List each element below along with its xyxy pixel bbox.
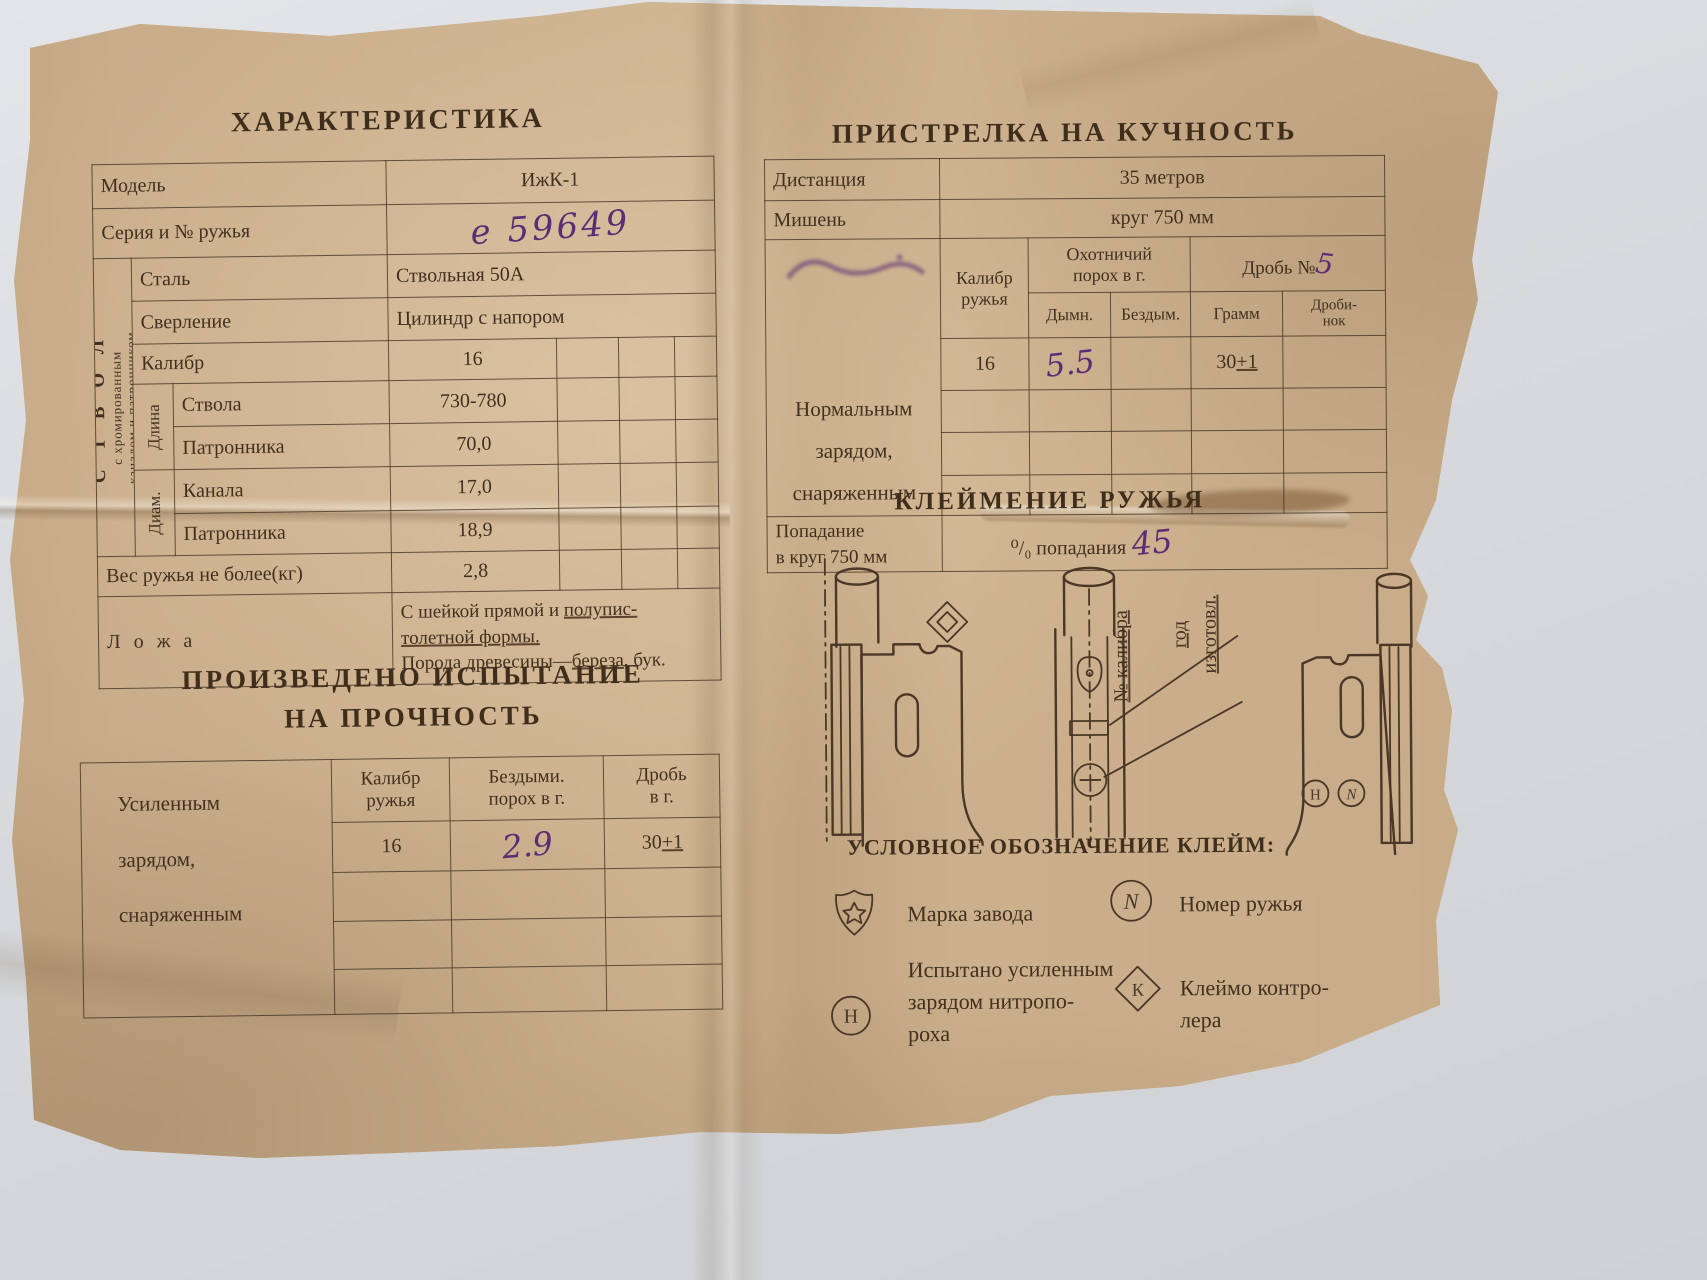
legend-title: УСЛОВНОЕ ОБОЗНАЧЕНИЕ КЛЕЙМ: [847, 832, 1276, 861]
empty-cell [1283, 336, 1386, 389]
acc-col-smoky: Дымн. [1028, 293, 1110, 338]
strength-test-title-line1: ПРОИЗВЕДЕНО ИСПЫТАНИЕ [181, 659, 644, 696]
gun-number-stamp-mark: N [1338, 780, 1364, 806]
left-column: ХАРАКТЕРИСТИКА Модель ИжК-1 Серия и № ру… [0, 0, 782, 1280]
acc-col-powder: Охотничий порох в г. [1028, 237, 1190, 294]
table-row [334, 965, 723, 1015]
empty-cell [941, 432, 1029, 475]
strength-row-label: Усиленным зарядом, снаряженным [80, 759, 335, 1018]
stock-text: С шейкой прямой и [401, 600, 564, 623]
shot-value-plus: +1 [662, 831, 684, 853]
empty-cell [674, 336, 717, 377]
empty-cell [620, 420, 677, 464]
empty-cell [559, 507, 622, 550]
empty-cell [1111, 431, 1191, 474]
steel-value: Ствольная 50А [387, 250, 716, 298]
diam-group-cell: Диам. [134, 470, 175, 557]
empty-cell [675, 376, 718, 420]
svg-text:N: N [1345, 787, 1357, 803]
caliber-note-text: № калибра [1110, 610, 1133, 702]
nitro-test-icon: Н [828, 993, 874, 1039]
empty-cell [1111, 337, 1191, 389]
diam-group-label: Диам. [145, 491, 165, 535]
shot-number-handwriting: 5 [1313, 246, 1335, 281]
receiver-left-view-diagram [779, 546, 996, 847]
factory-mark-icon [831, 886, 877, 938]
empty-cell [676, 462, 719, 507]
length-chamber-value: 70,0 [390, 421, 559, 466]
caliber-label: Калибр [132, 341, 389, 385]
right-column: ПРИСТРЕЛКА НА КУЧНОСТЬ Дистанция 35 метр… [753, 2, 1482, 1280]
empty-cell [606, 965, 723, 1011]
empty-cell [620, 463, 677, 508]
strength-test-title-line2: НА ПРОЧНОСТЬ [284, 700, 543, 735]
empty-cell [451, 869, 606, 920]
strength-grid: Калибр ружья Бездыми. порох в г. Дробь в… [331, 754, 724, 1015]
model-value: ИжК-1 [386, 156, 715, 205]
gun-number-icon: N [1107, 877, 1155, 925]
strength-val-powder: 2.9 [450, 818, 605, 871]
table-row: Калибр ружья Бездыми. порох в г. Дробь в… [331, 754, 720, 822]
legend-controller-label: Клеймо контро- лера [1180, 971, 1330, 1036]
model-label: Модель [92, 161, 387, 209]
empty-cell [556, 337, 619, 378]
acc-col-caliber: Калибр ружья [940, 238, 1029, 339]
empty-cell [605, 867, 722, 917]
length-barrel-label: Ствола [173, 381, 390, 427]
acc-col-shot: Дробь №5 [1190, 235, 1385, 292]
empty-cell [558, 420, 621, 464]
empty-cell [1111, 389, 1191, 432]
strength-test-table: Усиленным зарядом, снаряженным Калибр ру… [80, 754, 724, 1019]
diam-chamber-value: 18,9 [391, 508, 560, 552]
svg-text:Н: Н [844, 1006, 859, 1028]
legend-factory-label: Марка завода [907, 897, 1033, 930]
weight-value: 2,8 [391, 550, 560, 592]
accuracy-title: ПРИСТРЕЛКА НА КУЧНОСТЬ [832, 116, 1298, 150]
receiver-right-view-diagram: Н N [1262, 555, 1429, 856]
table-row: Серия и № ружья е 59649 [93, 200, 716, 259]
smudged-ink-stamp [780, 243, 930, 290]
boring-value: Цилиндр с напором [388, 293, 717, 341]
year-note-text: год изготовл. [1169, 595, 1221, 674]
empty-cell [1191, 388, 1283, 431]
empty-cell [1029, 432, 1111, 475]
distance-label: Дистанция [764, 159, 939, 201]
empty-cell [1283, 387, 1386, 430]
characteristics-title: ХАРАКТЕРИСТИКА [231, 103, 545, 139]
smoky-powder-handwriting: 5.5 [1043, 343, 1096, 384]
empty-cell [451, 918, 606, 969]
strength-col-shot: Дробь в г. [603, 754, 720, 818]
acc-val-gram: 30+1 [1191, 336, 1283, 389]
empty-cell [333, 920, 452, 970]
empty-cell [1284, 472, 1387, 513]
svg-text:N: N [1123, 889, 1140, 914]
table-row: 16 2.9 30+1 [332, 817, 721, 873]
table-row [333, 916, 722, 970]
empty-cell [1192, 473, 1284, 514]
table-row: Дистанция 35 метров [764, 155, 1384, 200]
caliber-note-label: № калибра [1110, 610, 1134, 702]
empty-cell [621, 549, 678, 590]
target-label: Мишень [765, 200, 940, 240]
strength-col-powder: Бездыми. порох в г. [449, 756, 604, 821]
serial-label: Серия и № ружья [93, 205, 388, 259]
empty-cell [452, 966, 607, 1013]
controller-stamp-mark [927, 602, 967, 642]
diam-bore-value: 17,0 [390, 464, 559, 510]
table-row: Нормальным зарядом, снаряженным Калибр р… [765, 235, 1385, 295]
target-value: круг 750 мм [940, 196, 1385, 238]
empty-cell [1283, 430, 1386, 473]
accuracy-row-label: Нормальным зарядом, снаряженным [765, 239, 942, 517]
length-group-label: Длина [143, 404, 163, 450]
empty-cell [333, 871, 452, 921]
empty-cell [1029, 389, 1111, 432]
boring-label: Сверление [132, 298, 389, 345]
serial-handwriting: е 59649 [470, 202, 632, 253]
empty-cell [558, 463, 621, 508]
acc-col-gram: Грамм [1190, 292, 1282, 337]
empty-cell [559, 549, 622, 590]
caliber-value: 16 [388, 338, 557, 380]
length-barrel-value: 730-780 [389, 378, 558, 423]
characteristics-table: Модель ИжК-1 Серия и № ружья е 59649 С Т… [91, 156, 721, 690]
diam-bore-label: Канала [174, 467, 391, 514]
strength-val-caliber: 16 [332, 821, 451, 873]
stock-text-underlined: полупис- [564, 599, 638, 621]
steel-label: Сталь [131, 255, 388, 302]
year-note-label: год изготовл. [1164, 595, 1225, 674]
svg-text:Н: Н [1310, 787, 1321, 803]
length-group-cell: Длина [133, 384, 174, 471]
table-row [333, 867, 722, 921]
empty-cell [677, 548, 720, 589]
controller-mark-icon: К [1112, 962, 1164, 1014]
empty-cell [619, 377, 676, 421]
gram-value: 30 [1216, 351, 1236, 373]
nitro-test-stamp-mark: Н [1302, 780, 1328, 806]
acc-val-smoky: 5.5 [1029, 338, 1111, 390]
empty-cell [941, 390, 1029, 433]
length-chamber-label: Патронника [174, 424, 391, 470]
marking-title: КЛЕЙМЕНИЕ РУЖЬЯ [894, 486, 1205, 516]
empty-cell [676, 419, 719, 463]
shot-value: 30 [642, 831, 662, 853]
distance-value: 35 метров [939, 155, 1384, 199]
serial-value: е 59649 [387, 200, 716, 255]
strength-val-shot: 30+1 [604, 817, 721, 869]
svg-text:К: К [1132, 980, 1145, 1000]
acc-col-pellets: Дроби- нок [1282, 291, 1385, 336]
legend-nitro-label: Испытано усиленным зарядом нитропо- роха [908, 953, 1114, 1050]
empty-cell [334, 968, 453, 1014]
diam-chamber-label: Патронника [175, 511, 392, 556]
powder-handwriting: 2.9 [500, 824, 554, 866]
stock-text-underlined: толетной формы. [401, 626, 540, 649]
empty-cell [605, 916, 722, 966]
photo-of-document: ХАРАКТЕРИСТИКА Модель ИжК-1 Серия и № ру… [0, 0, 1707, 1280]
table-row: Мишень круг 750 мм [765, 196, 1385, 239]
empty-cell [621, 507, 678, 550]
gram-value-plus: +1 [1236, 351, 1257, 373]
acc-col-smokeless: Бездым. [1110, 292, 1190, 337]
shot-header-prefix: Дробь № [1242, 257, 1315, 279]
empty-cell [618, 337, 675, 378]
barrel-group-cell: С Т В О Л с хромированным каналом и патр… [93, 258, 135, 557]
legend-number-label: Номер ружья [1179, 888, 1303, 921]
strength-col-caliber: Калибр ружья [331, 758, 450, 822]
weight-label: Вес ружья не более(кг) [97, 553, 392, 597]
empty-cell [677, 506, 720, 549]
caliber-stamp-mark [1070, 721, 1108, 735]
empty-cell [1191, 431, 1283, 474]
empty-cell [557, 377, 620, 421]
acc-val-caliber: 16 [941, 338, 1029, 390]
